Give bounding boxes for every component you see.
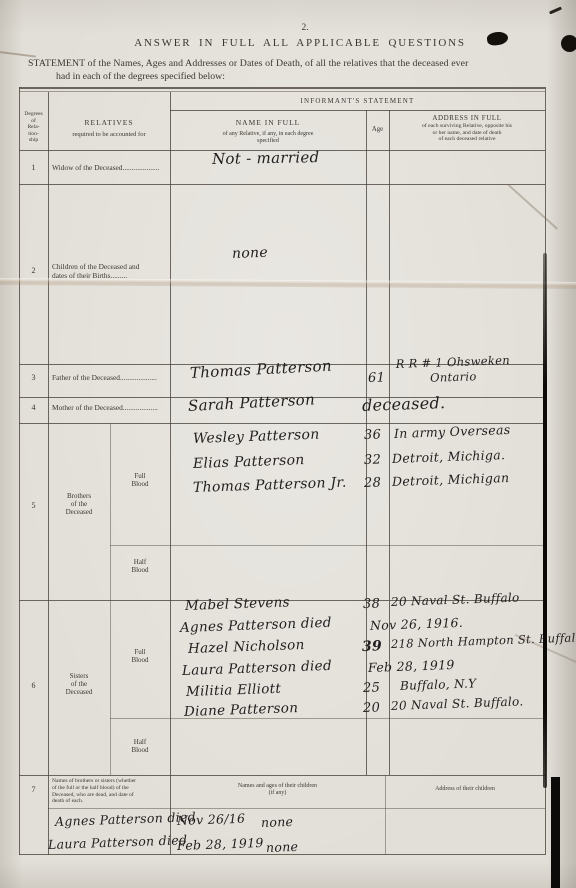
sister-death-date-handwriting: Nov 26, 1916.: [370, 615, 464, 633]
sisters-blood-divider-rule: [110, 718, 545, 719]
degree-column-header: Degrees of Rela- tion- ship: [19, 111, 48, 144]
row5-half-blood-label: Half Blood: [110, 558, 170, 574]
degree-col-rule: [48, 92, 49, 855]
row5-number: 5: [19, 501, 48, 510]
row2-entry-handwriting: none: [232, 245, 268, 262]
row3-age-handwriting: 61: [368, 370, 386, 386]
row4-label: Mother of the Deceased..................…: [52, 403, 172, 412]
ink-mark: [549, 6, 562, 14]
informants-header-rule: [170, 110, 545, 111]
row1-number: 1: [19, 163, 48, 172]
row1-label: Widow of the Deceased...................…: [52, 163, 172, 172]
row5-full-blood-label: Full Blood: [110, 472, 170, 488]
sister-name-handwriting: Mabel Stevens: [185, 594, 290, 614]
row7-header-rule: [48, 808, 545, 809]
row6-label: Sisters of the Deceased: [48, 672, 110, 696]
table-top-rule-2: [19, 91, 545, 92]
informants-statement-header: INFORMANT'S STATEMENT: [170, 97, 545, 105]
sister-address-handwriting: 218 North Hampton St. Buffalo: [391, 630, 576, 651]
row3-address-handwriting: R R # 1 Ohsweken Ontario: [395, 353, 510, 387]
row1-entry-handwriting: Not - married: [212, 148, 320, 168]
sister-age-handwriting: 39: [362, 638, 383, 655]
age-column-header: Age: [366, 126, 389, 133]
brother-age-handwriting: 32: [364, 452, 382, 468]
sister-name-handwriting: Laura Patterson died: [182, 658, 332, 679]
row6-full-blood-label: Full Blood: [110, 648, 170, 664]
brother-name-handwriting: Wesley Patterson: [193, 427, 320, 447]
relatives-column-header: RELATIVES: [48, 118, 170, 127]
row2-label: Children of the Deceased and dates of th…: [52, 262, 172, 280]
row7-number: 7: [19, 785, 48, 794]
row7-address-header: Address of their children: [385, 786, 545, 792]
brother-address-handwriting: Detroit, Michiga.: [392, 447, 506, 466]
row1-bottom-rule: [19, 184, 545, 185]
scanned-form-page: 2. ANSWER IN FULL ALL APPLICABLE QUESTIO…: [0, 0, 576, 888]
page-number: 2.: [0, 23, 576, 33]
row6-bottom-rule: [19, 775, 545, 776]
sister-age-handwriting: 38: [363, 596, 381, 612]
deceased-sibling-date-handwriting: Feb 28, 1919: [177, 835, 264, 853]
sister-name-handwriting: Hazel Nicholson: [188, 637, 305, 657]
page-edge-shadow: [551, 777, 560, 888]
row6-number: 6: [19, 681, 48, 690]
sister-death-date-handwriting: Feb 28, 1919: [368, 657, 455, 675]
sister-name-handwriting: Agnes Patterson died: [180, 615, 332, 636]
relatives-col-rule: [170, 92, 171, 855]
name-column-subheader: of any Relative, if any, in each degree …: [170, 131, 366, 145]
sister-address-handwriting: Buffalo, N.Y: [400, 676, 477, 693]
sister-name-handwriting: Diane Patterson: [184, 700, 299, 720]
statement-line-1: STATEMENT of the Names, Ages and Address…: [28, 58, 568, 69]
brother-age-handwriting: 36: [364, 427, 382, 443]
paper-crease: [0, 50, 36, 57]
brother-name-handwriting: Thomas Patterson Jr.: [193, 475, 347, 496]
relatives-column-subheader: required to be accounted for: [48, 131, 170, 138]
row4-status-handwriting: deceased.: [362, 393, 446, 415]
brother-address-handwriting: Detroit, Michigan: [392, 470, 510, 489]
row3-number: 3: [19, 373, 48, 382]
table-left-rule: [19, 87, 20, 855]
name-column-header: NAME IN FULL: [170, 118, 366, 127]
deceased-sibling-children-handwriting: none: [266, 839, 299, 855]
sister-age-handwriting: 25: [363, 680, 381, 696]
deceased-sibling-name-handwriting: Agnes Patterson died: [55, 809, 196, 829]
row4-number: 4: [19, 403, 48, 412]
brothers-blood-divider-rule: [110, 545, 545, 546]
sister-address-handwriting: 20 Naval St. Buffalo: [391, 591, 520, 609]
row3-label: Father of the Deceased..................…: [52, 373, 172, 382]
paper-crease: [508, 184, 558, 229]
row2-number: 2: [19, 266, 48, 275]
row6-half-blood-label: Half Blood: [110, 738, 170, 754]
row7-label: Names of brothers or sisters (whether of…: [52, 778, 170, 805]
row4-name-handwriting: Sarah Patterson: [188, 390, 316, 415]
address-column-header: ADDRESS IN FULL: [389, 114, 545, 122]
brother-age-handwriting: 28: [364, 475, 382, 491]
address-column-subheader: of each surviving Relative, opposite his…: [389, 123, 545, 143]
row5-label: Brothers of the Deceased: [48, 492, 110, 516]
brother-name-handwriting: Elias Patterson: [193, 452, 305, 472]
deceased-sibling-children-handwriting: none: [261, 814, 294, 830]
statement-line-2: had in each of the degrees specified bel…: [56, 71, 456, 82]
ink-blot: [561, 35, 576, 52]
deceased-sibling-name-handwriting: Laura Patterson died: [48, 832, 188, 852]
row7-children-header: Names and ages of their children (if any…: [170, 783, 385, 797]
row3-name-handwriting: Thomas Patterson: [190, 357, 333, 382]
page-fold-shadow: [543, 253, 547, 788]
table-top-rule: [19, 87, 545, 89]
sister-address-handwriting: 20 Naval St. Buffalo.: [391, 694, 524, 713]
age-col-right-rule: [389, 110, 390, 775]
sister-age-handwriting: 20: [363, 700, 381, 716]
deceased-sibling-date-handwriting: Nov 26/16: [177, 811, 246, 828]
brother-address-handwriting: In army Overseas: [394, 422, 511, 441]
sister-name-handwriting: Militia Elliott: [186, 681, 282, 700]
